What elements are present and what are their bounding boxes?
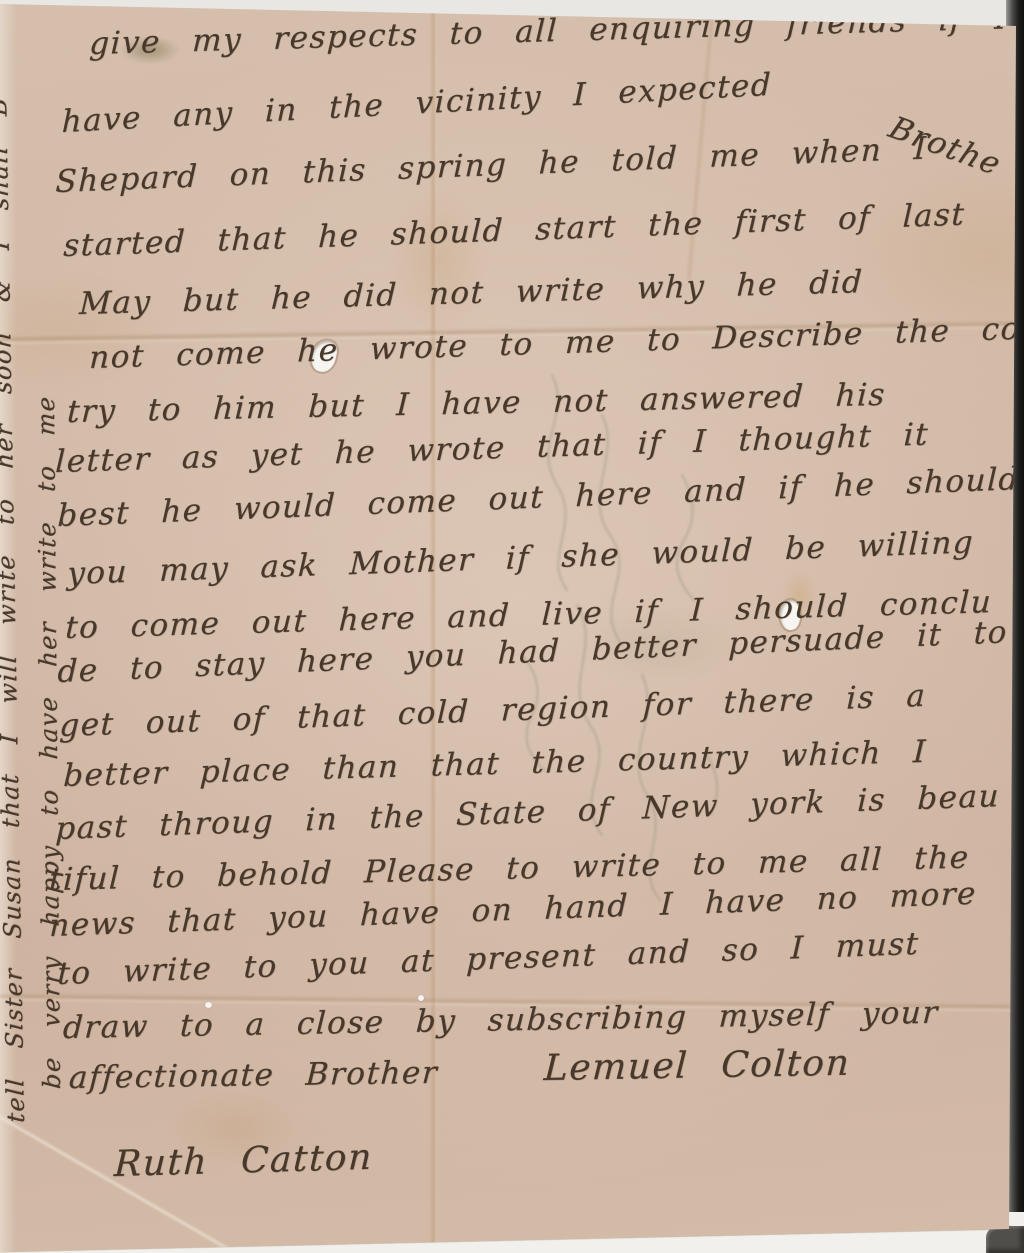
scanner-corner-clip	[986, 1226, 1024, 1253]
handwritten-line: have any in the vicinity I expected	[61, 67, 772, 140]
handwritten-line: May but he did not write why he did	[78, 264, 864, 322]
handwritten-line: started that he should start the first o…	[63, 197, 966, 265]
handwritten-line: Shepard on this spring he told me when I	[55, 131, 928, 201]
paper-pinhole	[418, 995, 424, 1001]
handwritten-line: affectionate Brother	[68, 1055, 439, 1096]
handwritten-line: give my respects to all enquiring friend…	[88, 0, 1008, 62]
addressee-signature-line: Ruth Catton	[113, 1137, 373, 1185]
margin-note: tell Sister Susan that I will write to h…	[0, 96, 30, 1123]
letter-page: give my respects to all enquiring friend…	[0, 0, 1024, 1253]
signature-line: Lemuel Colton	[543, 1043, 851, 1089]
